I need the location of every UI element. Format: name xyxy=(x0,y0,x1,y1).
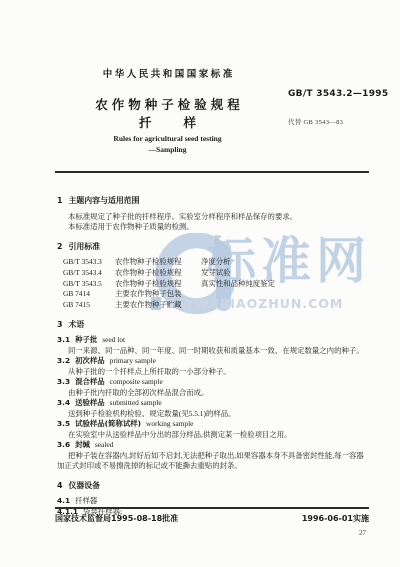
section-title: 仪器设备 xyxy=(69,481,101,492)
term-definition: 同一来源、同一品种、同一年度、同一时期收获和质量基本一致、在规定数量之内的种子。 xyxy=(57,346,370,356)
term-en: submitted sample xyxy=(110,398,162,409)
reference-row: GB 7415 主要农作物种子贮藏 xyxy=(63,300,370,311)
term-en: sealed xyxy=(95,440,113,451)
document-subtitle-zh: 扦样 xyxy=(55,113,280,131)
reference-code: GB/T 3543.4 xyxy=(63,268,115,279)
reference-row: GB/T 3543.3 农作物种子检验规程 净度分析 xyxy=(63,257,370,268)
term-zh: 封缄 xyxy=(75,440,90,451)
section-title: 引用标准 xyxy=(69,242,101,253)
term-definition: 在实验室中从送验样品中分出的部分样品,供测定某一检验项目之用。 xyxy=(57,430,370,440)
document-subtitle-en: —Sampling xyxy=(55,145,280,154)
reference-row: GB 7414 主要农作物种子包装 xyxy=(63,289,370,300)
section-number: 4 xyxy=(57,481,63,492)
document-page: 标准网 WWW.IBIAOZHUN.COM 中华人民共和国国家标准 农作物种子检… xyxy=(0,0,400,567)
paragraph: 本标准适用于农作物种子质量的检测。 xyxy=(57,222,370,233)
section-number: 3 xyxy=(57,320,63,331)
reference-name: 主要农作物种子贮藏 xyxy=(115,300,201,311)
term-definition: 送到种子检验机构检验、规定数量(见5.5.1)的样品。 xyxy=(57,409,370,419)
reference-code: GB/T 3543.3 xyxy=(63,257,115,268)
standard-number: GB/T 3543.2—1995 xyxy=(288,89,388,99)
term-definition: 由种子批内扦取的全部初次样品混合而成。 xyxy=(57,388,370,398)
replaces-note: 代替 GB 3543—83 xyxy=(288,117,343,126)
document-body: 1 主题内容与适用范围 本标准规定了种子批的扦样程序、实验室分样程序和样品保存的… xyxy=(57,196,370,518)
term-heading: 3.6 封缄 sealed xyxy=(57,440,370,451)
term-definition: 把种子装在容器内,封好后如不启封,无法把种子取出,如果容器本身不具备密封性能,每… xyxy=(57,451,370,472)
reference-part xyxy=(201,289,370,300)
document-title-en: Rules for agricultural seed testing xyxy=(55,134,280,143)
reference-list: GB/T 3543.3 农作物种子检验规程 净度分析 GB/T 3543.4 农… xyxy=(63,257,370,311)
reference-row: GB/T 3543.5 农作物种子检验规程 真实性和品种纯度鉴定 xyxy=(63,279,370,290)
reference-name: 农作物种子检验规程 xyxy=(115,268,201,279)
reference-name: 农作物种子检验规程 xyxy=(115,279,201,290)
reference-part: 真实性和品种纯度鉴定 xyxy=(201,279,370,290)
term-en: working sample xyxy=(146,419,193,430)
reference-code: GB 7415 xyxy=(63,300,115,311)
page-number: 27 xyxy=(359,529,366,537)
section-2-heading: 2 引用标准 xyxy=(57,242,370,253)
term-number: 3.4 xyxy=(57,398,70,409)
section-1-heading: 1 主题内容与适用范围 xyxy=(57,196,370,207)
term-definition: 从种子批的一个扦样点上所扦取的一小部分种子。 xyxy=(57,367,370,377)
term-en: seed lot xyxy=(102,335,125,346)
document-title-zh: 农作物种子检验规程 xyxy=(55,95,280,113)
clause-number: 4.1 xyxy=(57,496,70,507)
header-divider xyxy=(55,171,369,173)
term-zh: 送验样品 xyxy=(75,398,105,409)
reference-row: GB/T 3543.4 农作物种子检验规程 发芽试验 xyxy=(63,268,370,279)
section-title: 主题内容与适用范围 xyxy=(69,196,140,207)
term-zh: 试验样品(简称试样) xyxy=(75,419,141,430)
reference-code: GB 7414 xyxy=(63,289,115,300)
term-en: primary sample xyxy=(110,356,156,367)
section-4-heading: 4 仪器设备 xyxy=(57,481,370,492)
term-number: 3.6 xyxy=(57,440,70,451)
term-number: 3.1 xyxy=(57,335,70,346)
term-en: composite sample xyxy=(110,377,163,388)
term-zh: 种子批 xyxy=(75,335,97,346)
footer: 国家技术监督局1995-08-18批准 1996-06-01实施 xyxy=(55,507,369,524)
section-number: 2 xyxy=(57,242,63,253)
reference-part xyxy=(201,300,370,311)
term-heading: 3.3 混合样品 composite sample xyxy=(57,377,370,388)
term-heading: 3.4 送验样品 submitted sample xyxy=(57,398,370,409)
term-heading: 3.5 试验样品(简称试样) working sample xyxy=(57,419,370,430)
term-number: 3.2 xyxy=(57,356,70,367)
section-title: 术语 xyxy=(69,320,85,331)
section-number: 1 xyxy=(57,196,63,207)
clause-line: 4.1 扦样器 xyxy=(57,496,370,507)
reference-code: GB/T 3543.5 xyxy=(63,279,115,290)
paragraph: 本标准规定了种子批的扦样程序、实验室分样程序和样品保存的要求。 xyxy=(57,212,370,223)
term-zh: 初次样品 xyxy=(75,356,105,367)
term-zh: 混合样品 xyxy=(75,377,105,388)
implementation-note: 1996-06-01实施 xyxy=(302,513,369,524)
reference-part: 发芽试验 xyxy=(201,268,370,279)
section-3-heading: 3 术语 xyxy=(57,320,370,331)
reference-part: 净度分析 xyxy=(201,257,370,268)
clause-text: 扦样器 xyxy=(75,496,97,507)
term-number: 3.3 xyxy=(57,377,70,388)
term-heading: 3.1 种子批 seed lot xyxy=(57,335,370,346)
term-heading: 3.2 初次样品 primary sample xyxy=(57,356,370,367)
reference-name: 主要农作物种子包装 xyxy=(115,289,201,300)
reference-name: 农作物种子检验规程 xyxy=(115,257,201,268)
standard-authority-line: 中华人民共和国国家标准 xyxy=(55,66,280,80)
approval-note: 国家技术监督局1995-08-18批准 xyxy=(55,513,178,524)
term-number: 3.5 xyxy=(57,419,70,430)
